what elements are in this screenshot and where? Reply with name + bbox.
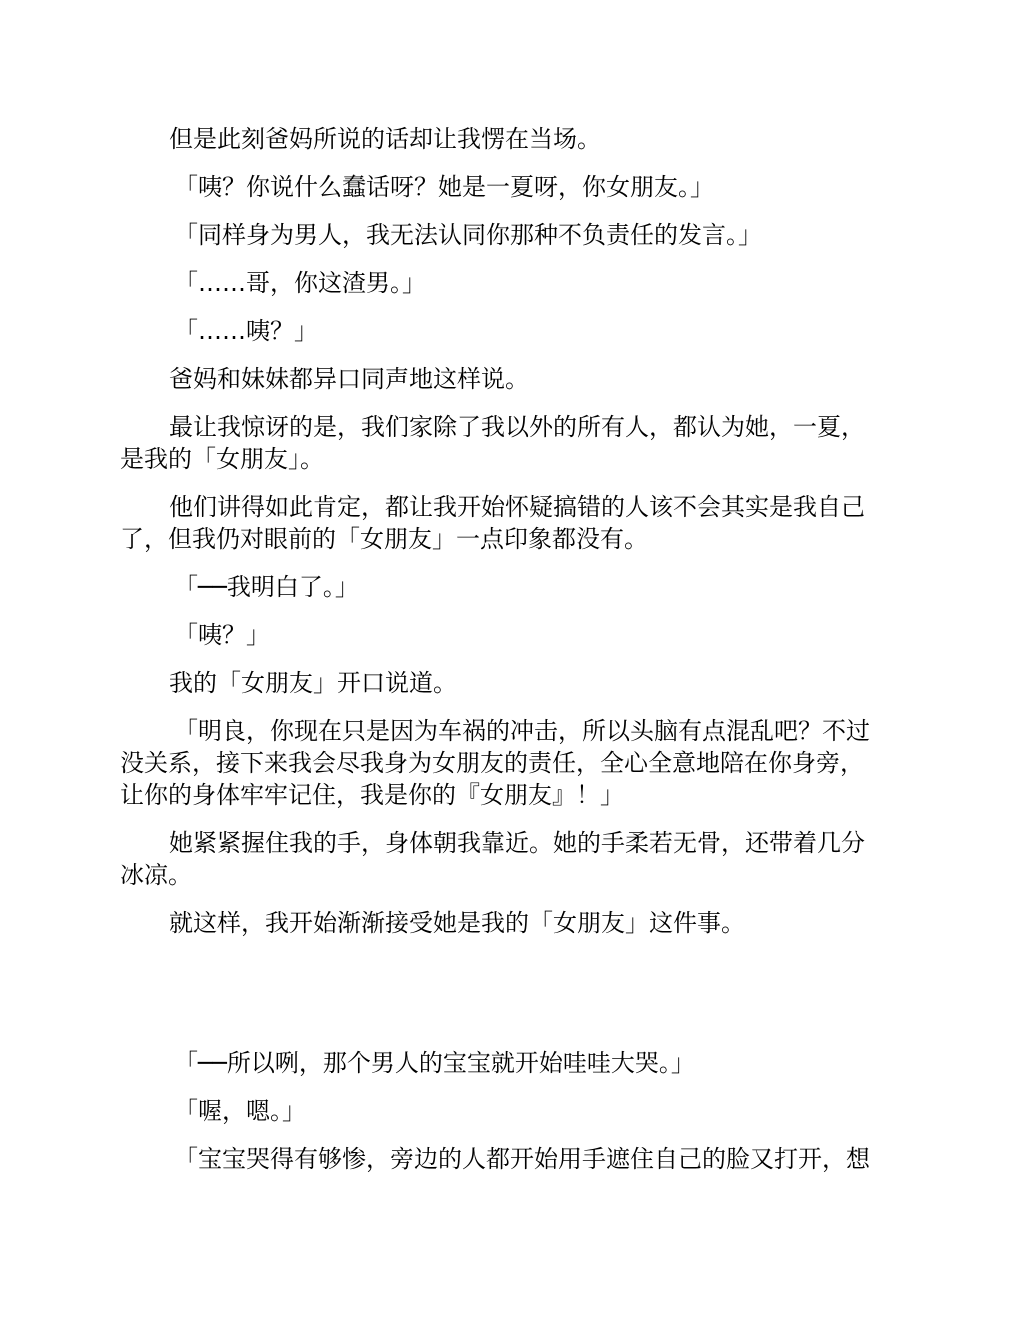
paragraph-continuation: 了，但我仍对眼前的「女朋友」一点印象都没有。	[120, 521, 910, 557]
paragraph-continuation: 没关系，接下来我会尽我身为女朋友的责任，全心全意地陪在你身旁，	[120, 745, 910, 781]
dialogue-line: 「……咦？」	[120, 313, 964, 349]
paragraph-continuation: 是我的「女朋友」。	[120, 441, 910, 477]
dialogue-line: 「……哥，你这渣男。」	[120, 265, 964, 301]
paragraph-line: 最让我惊讶的是，我们家除了我以外的所有人，都认为她，一夏，	[120, 409, 959, 445]
dialogue-line: 「同样身为男人，我无法认同你那种不负责任的发言。」	[120, 217, 964, 253]
dialogue-line: 「咦？你说什么蠢话呀？她是一夏呀，你女朋友。」	[120, 169, 964, 205]
dialogue-line: 「喔，嗯。」	[120, 1093, 964, 1129]
paragraph-line: 但是此刻爸妈所说的话却让我愣在当场。	[120, 121, 959, 157]
paragraph-line: 他们讲得如此肯定，都让我开始怀疑搞错的人该不会其实是我自己	[120, 489, 959, 525]
paragraph-continuation: 让你的身体牢牢记住，我是你的『女朋友』！」	[120, 777, 910, 813]
dialogue-line: 「明良，你现在只是因为车祸的冲击，所以头脑有点混乱吧？不过	[120, 713, 964, 749]
paragraph-line: 她紧紧握住我的手，身体朝我靠近。她的手柔若无骨，还带着几分	[120, 825, 959, 861]
paragraph-line: 爸妈和妹妹都异口同声地这样说。	[120, 361, 959, 397]
paragraph-line: 我的「女朋友」开口说道。	[120, 665, 959, 701]
dialogue-line: 「咦？」	[120, 617, 964, 653]
paragraph-continuation: 冰凉。	[120, 857, 910, 893]
paragraph-line: 就这样，我开始渐渐接受她是我的「女朋友」这件事。	[120, 905, 959, 941]
document-page: 但是此刻爸妈所说的话却让我愣在当场。 「咦？你说什么蠢话呀？她是一夏呀，你女朋友…	[0, 0, 1020, 1320]
dialogue-line: 「──我明白了。」	[120, 569, 964, 605]
dialogue-line: 「宝宝哭得有够惨，旁边的人都开始用手遮住自己的脸又打开，想	[120, 1141, 964, 1177]
dialogue-line: 「──所以咧，那个男人的宝宝就开始哇哇大哭。」	[120, 1045, 964, 1081]
